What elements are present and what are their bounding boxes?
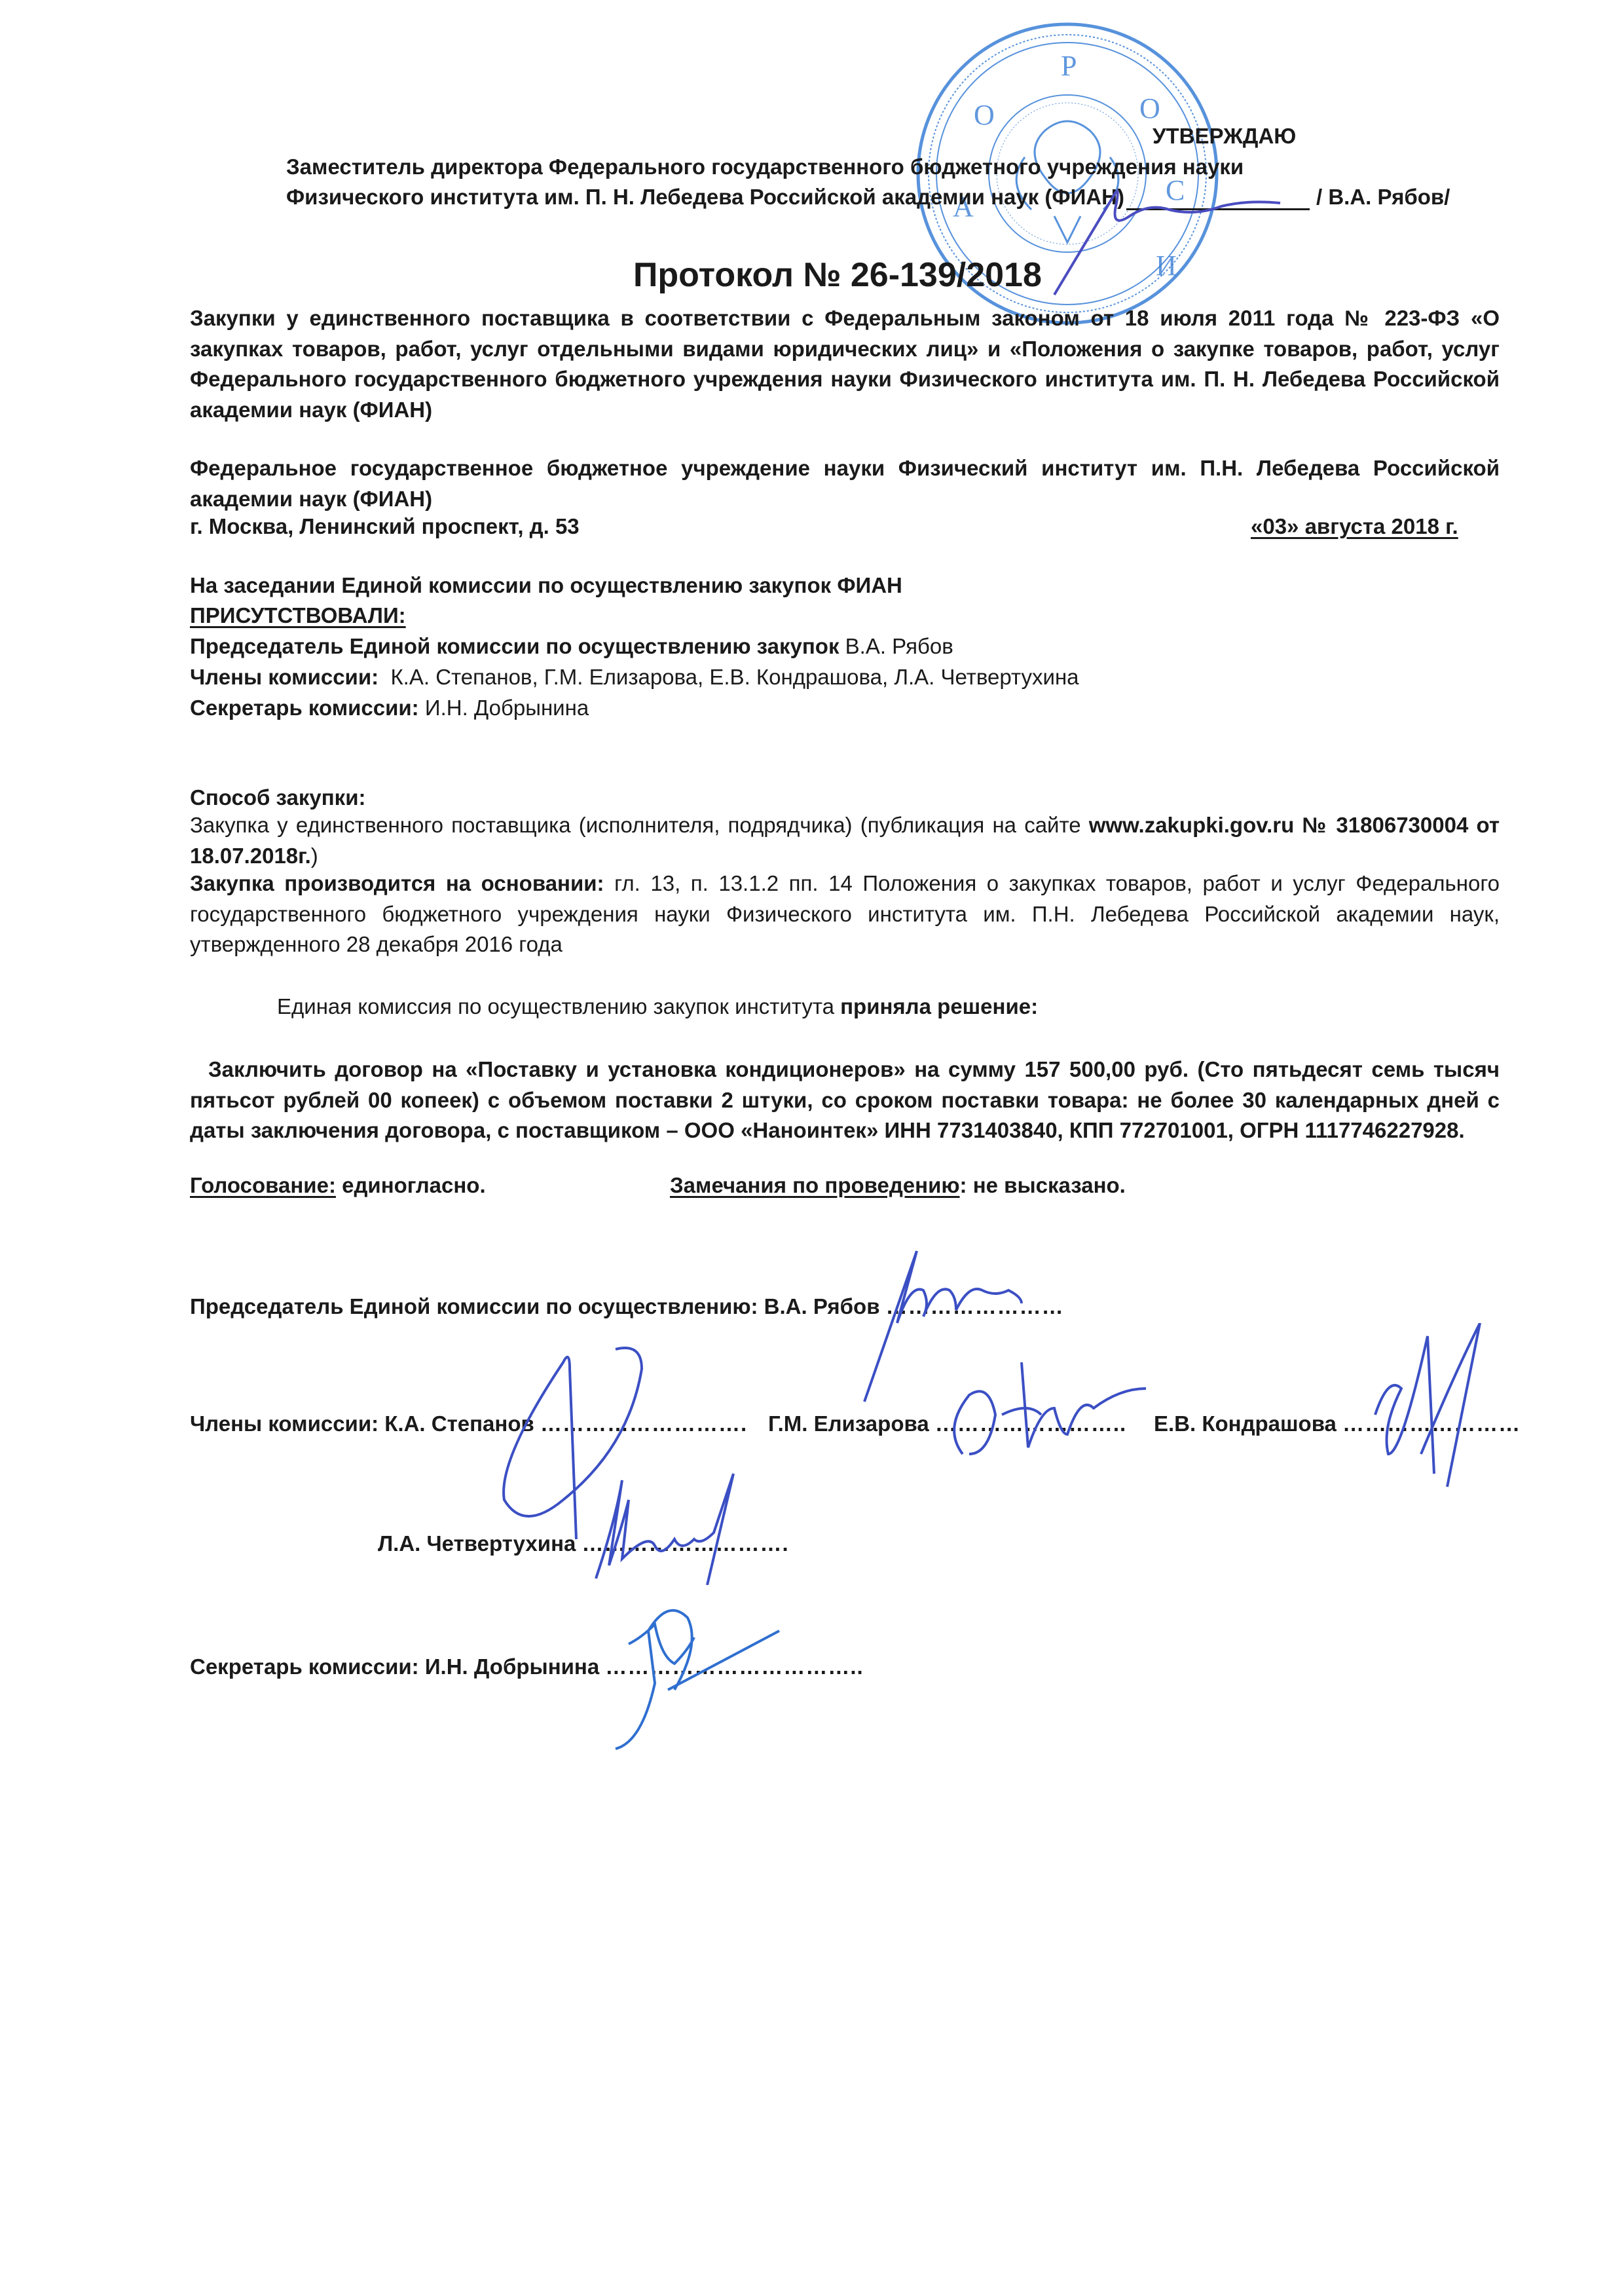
svg-text:Р: Р — [1061, 50, 1077, 82]
basis-label: Закупка производится на основании: — [190, 871, 604, 895]
decision-lead-bold: приняла решение: — [840, 994, 1038, 1018]
secretary-label: Секретарь комиссии: — [190, 696, 419, 720]
chair-line: Председатель Единой комиссии по осуществ… — [190, 631, 953, 662]
elizarova-signature-dots: …………………….. — [935, 1411, 1126, 1436]
chair-label: Председатель Единой комиссии по осуществ… — [190, 634, 839, 658]
chetvertukhina-handwritten-signature — [583, 1467, 779, 1585]
method-text: Закупка у единственного поставщика (испо… — [190, 813, 1089, 837]
secretary-signature-line: Секретарь комиссии: И.Н. Добрынина ……………… — [190, 1652, 864, 1682]
kondrashova-signature-dots: …………………… — [1342, 1411, 1521, 1436]
voting-value: единогласно. — [336, 1173, 486, 1197]
svg-text:И: И — [1156, 250, 1177, 282]
decision-text: Заключить договор на «Поставку и установ… — [190, 1054, 1500, 1146]
kondrashova-signature-line: Е.В. Кондрашова …………………… — [1154, 1409, 1521, 1439]
intro-paragraph: Закупки у единственного поставщика в соо… — [190, 303, 1500, 425]
organization-address: г. Москва, Ленинский проспект, д. 53 — [190, 512, 580, 542]
approval-signer: / В.А. Рябов/ — [1316, 182, 1450, 212]
secretary-name: И.Н. Добрынина — [419, 696, 589, 720]
page-title: Протокол № 26-139/2018 — [633, 255, 1042, 295]
stepanov-signature-label: Члены комиссии: К.А. Степанов — [190, 1411, 540, 1436]
kondrashova-signature-label: Е.В. Кондрашова — [1154, 1411, 1342, 1436]
approval-line-2: Физического института им. П. Н. Лебедева… — [286, 182, 1124, 212]
meeting-heading: На заседании Единой комиссии по осуществ… — [190, 570, 902, 601]
approval-line-1: Заместитель директора Федерального госуд… — [286, 152, 1244, 182]
stepanov-handwritten-signature — [485, 1343, 701, 1552]
protocol-date: «03» августа 2018 г. — [1251, 512, 1458, 542]
stepanov-signature-line: Члены комиссии: К.А. Степанов ………………………. — [190, 1409, 747, 1439]
chair-handwritten-signature — [845, 1238, 1041, 1408]
members-names: К.А. Степанов, Г.М. Елизарова, Е.В. Конд… — [378, 665, 1079, 689]
chair-signature-dots: …………………… — [886, 1294, 1064, 1318]
kondrashova-handwritten-signature — [1362, 1323, 1513, 1493]
members-label: Члены комиссии: — [190, 665, 378, 689]
remarks-label: Замечания по проведению — [670, 1173, 960, 1197]
voting-label: Голосование: — [190, 1173, 336, 1197]
svg-text:О: О — [1139, 92, 1160, 124]
chetvertukhina-signature-label: Л.А. Четвертухина — [378, 1531, 582, 1556]
chair-signature-label: Председатель Единой комиссии по осуществ… — [190, 1294, 886, 1318]
chair-signature-line: Председатель Единой комиссии по осуществ… — [190, 1292, 1064, 1322]
basis-paragraph: Закупка производится на основании: гл. 1… — [190, 868, 1500, 960]
method-label: Способ закупки: — [190, 783, 365, 813]
elizarova-signature-label: Г.М. Елизарова — [768, 1411, 935, 1436]
chetvertukhina-signature-dots: ………………………. — [582, 1531, 789, 1556]
decision-lead-text: Единая комиссия по осуществлению закупок… — [277, 994, 840, 1018]
secretary-signature-dots: …………………………….. — [605, 1654, 863, 1679]
elizarova-signature-line: Г.М. Елизарова …………………….. — [768, 1409, 1126, 1439]
approval-signature-line — [1126, 208, 1310, 210]
secretary-line: Секретарь комиссии: И.Н. Добрынина — [190, 693, 589, 723]
elizarova-handwritten-signature — [936, 1349, 1146, 1467]
chair-name: В.А. Рябов — [839, 634, 953, 658]
voting-line: Голосование: единогласно. — [190, 1170, 486, 1201]
remarks-line: Замечания по проведению: не высказано. — [670, 1170, 1126, 1201]
method-close: ) — [311, 844, 318, 868]
approval-heading: УТВЕРЖДАЮ — [1153, 121, 1296, 151]
present-label: ПРИСУТСТВОВАЛИ: — [190, 601, 406, 631]
members-line: Члены комиссии: К.А. Степанов, Г.М. Елиз… — [190, 662, 1079, 692]
secretary-signature-label: Секретарь комиссии: И.Н. Добрынина — [190, 1654, 605, 1679]
organization-name: Федеральное государственное бюджетное уч… — [190, 453, 1500, 514]
remarks-value: : не высказано. — [960, 1173, 1126, 1197]
svg-text:О: О — [974, 99, 995, 131]
stepanov-signature-dots: ………………………. — [540, 1411, 747, 1436]
method-paragraph: Закупка у единственного поставщика (испо… — [190, 810, 1500, 871]
decision-lead: Единая комиссия по осуществлению закупок… — [277, 992, 1038, 1022]
chetvertukhina-signature-line: Л.А. Четвертухина ………………………. — [378, 1529, 789, 1559]
